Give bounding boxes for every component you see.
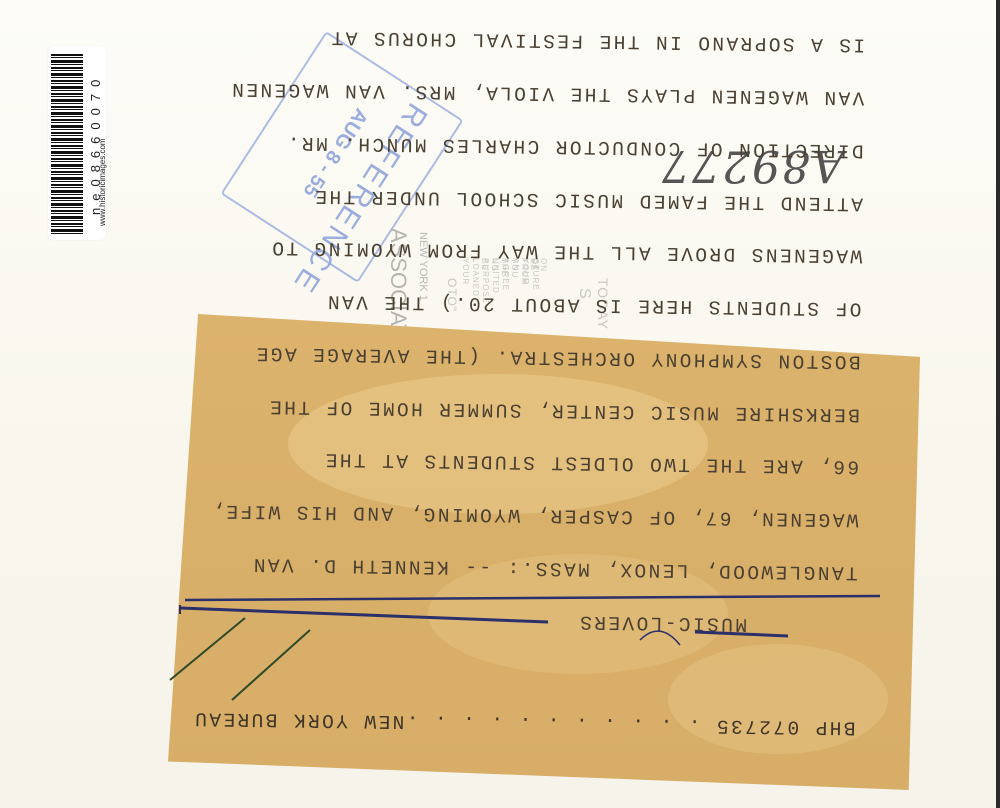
scan-edge xyxy=(996,0,1000,808)
caption-line: WAGENEN, 67, OF CASPER, WYOMING, AND HIS… xyxy=(198,501,858,528)
caption-line: VAN WAGENEN PLAYS THE VIOLA, MRS. VAN WA… xyxy=(204,79,864,106)
caption-line: 66, ARE THE TWO OLDEST STUDENTS AT THE xyxy=(199,448,859,475)
caption-id-line: BHP 072735 . . . . . . . . . . .NEW YORK… xyxy=(196,709,856,736)
caption-line: BERKSHIRE MUSIC CENTER, SUMMER HOME OF T… xyxy=(200,396,860,423)
caption-line: OF STUDENTS HERE IS ABOUT 20.) THE VAN xyxy=(201,290,861,317)
caption-line: BOSTON SYMPHONY ORCHESTRA. (THE AVERAGE … xyxy=(201,343,861,370)
caption-headline: MUSIC-LOVERS xyxy=(197,607,857,634)
press-caption: BHP 072735 . . . . . . . . . . .NEW YORK… xyxy=(195,331,861,770)
barcode-bars xyxy=(51,54,83,234)
barcode-url: www.historicimages.com xyxy=(98,66,107,226)
caption-line: TANGLEWOOD, LENOX, MASS.: -- KENNETH D. … xyxy=(198,554,858,581)
caption-line: WAGENENS DROVE ALL THE WAY FROM WYOMING … xyxy=(202,237,862,264)
caption-line: DIRECTION OF CONDUCTOR CHARLES MUNCH. MR… xyxy=(204,132,864,159)
barcode-label: ne08660070 www.historicimages.com xyxy=(48,46,106,240)
caption-line: IS A SOPRANO IN THE FESTIVAL CHORUS AT xyxy=(205,26,865,53)
caption-line: ATTEND THE FAMED MUSIC SCHOOL UNDER THE xyxy=(203,184,863,211)
